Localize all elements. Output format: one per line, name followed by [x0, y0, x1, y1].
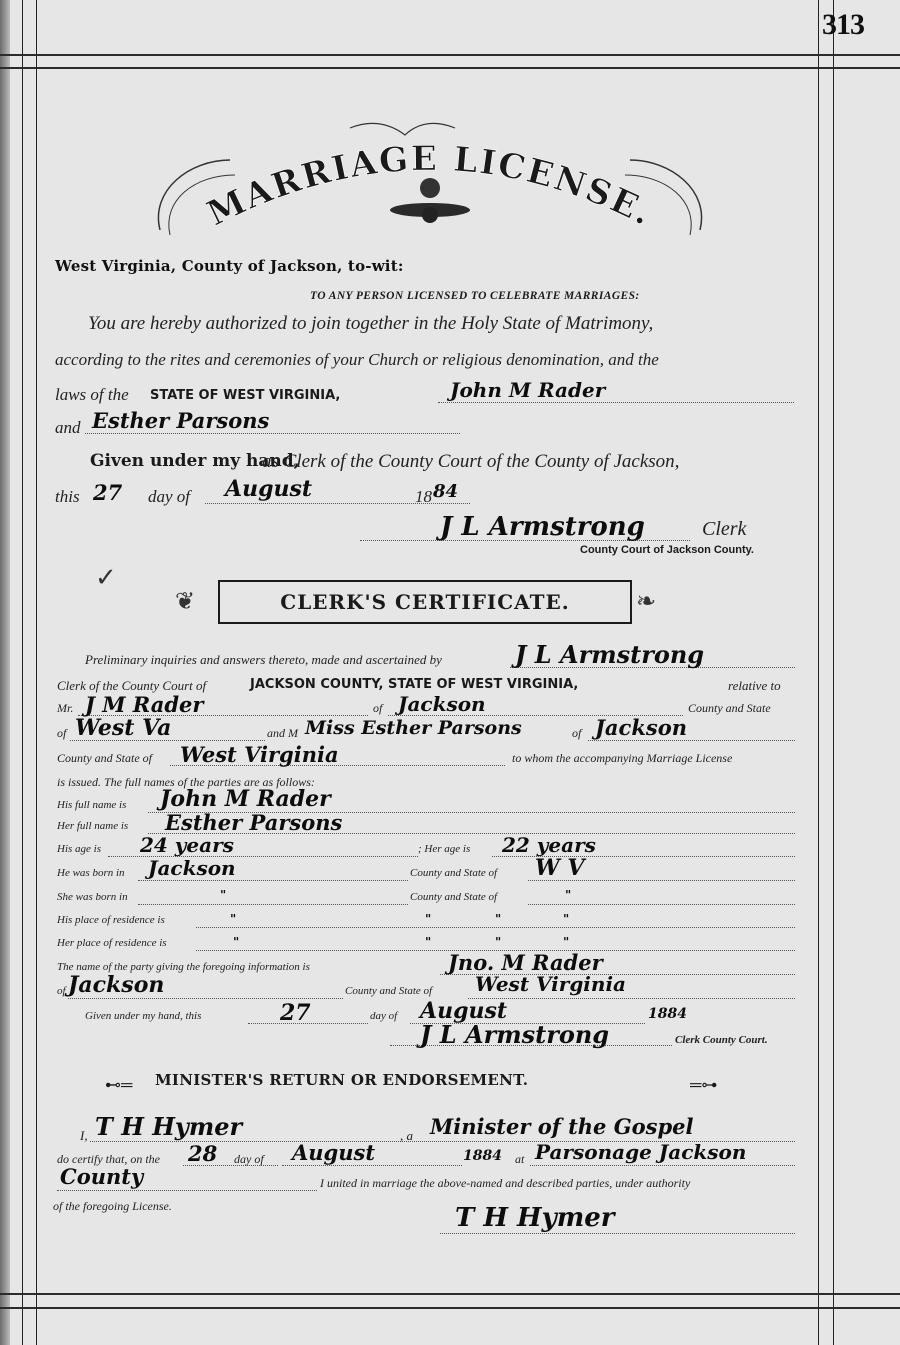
- clerk-sub-label: County Court of Jackson County.: [580, 544, 754, 556]
- min-place-line: [530, 1165, 795, 1166]
- page-number: 313: [822, 8, 864, 42]
- min-at-label: at: [515, 1152, 524, 1167]
- informant-state-line: [468, 998, 795, 999]
- county-state-label: County and State: [688, 701, 771, 716]
- minister-month: August: [292, 1140, 375, 1165]
- and-label: and: [55, 418, 81, 438]
- his-age: 24 years: [140, 833, 234, 857]
- min-month-line: [282, 1165, 462, 1166]
- minister-year: 1884: [463, 1148, 502, 1164]
- minister-i-label: I,: [80, 1128, 88, 1144]
- mr-county: Jackson: [398, 692, 486, 716]
- flourish-left-icon: ⊷═: [105, 1075, 132, 1095]
- united-text: I united in marriage the above-named and…: [320, 1176, 690, 1191]
- her-res-label: Her place of residence is: [57, 937, 167, 949]
- this-label: this: [55, 487, 80, 507]
- his-res-line: [196, 927, 795, 928]
- ministers-return-title: MINISTER'S RETURN OR ENDORSEMENT.: [155, 1071, 528, 1089]
- cert-signature: J L Armstrong: [420, 1020, 609, 1049]
- minister-place: Parsonage Jackson: [535, 1140, 746, 1164]
- flourish-right-icon: ═⊶: [690, 1075, 717, 1095]
- informant-county: Jackson: [68, 972, 164, 998]
- header-rule-1: [0, 54, 900, 56]
- her-age-label: ; Her age is: [418, 843, 470, 855]
- to-any-person: TO ANY PERSON LICENSED TO CELEBRATE MARR…: [310, 290, 640, 302]
- minister-a-label: , a: [400, 1128, 413, 1144]
- he-born-label: He was born in: [57, 867, 125, 879]
- license-line-2: according to the rites and ceremonies of…: [55, 350, 659, 370]
- and-miss-label: and M: [267, 726, 298, 741]
- she-cs: ": [565, 888, 571, 902]
- informant-county-line: [68, 998, 343, 999]
- margin-rule-right-inner: [818, 0, 819, 1345]
- min-day-of: day of: [234, 1152, 264, 1167]
- given-label: Given under my hand, this: [85, 1010, 201, 1022]
- county-state-of-label: County and State of: [57, 751, 152, 766]
- his-res-3: ": [495, 912, 501, 926]
- she-born-line: [138, 904, 408, 905]
- he-cs-label: County and State of: [410, 867, 497, 879]
- her-age: 22 years: [502, 833, 596, 857]
- miss-county: Jackson: [595, 715, 687, 740]
- prelim-name: J L Armstrong: [515, 640, 704, 669]
- clerk-label: Clerk: [702, 518, 746, 541]
- miss-county-line: [588, 740, 795, 741]
- groom-line: [438, 402, 794, 403]
- prelim-text: Preliminary inquiries and answers theret…: [85, 652, 442, 668]
- minister-place2: County: [60, 1164, 143, 1189]
- informant-cs-label: County and State of: [345, 985, 432, 997]
- his-res-2: ": [425, 912, 431, 926]
- his-res-label: His place of residence is: [57, 914, 165, 926]
- mr-of-label: of: [373, 701, 382, 716]
- state-heading: West Virginia, County of Jackson, to-wit…: [55, 257, 404, 275]
- minister-sig-line: [440, 1233, 795, 1234]
- minister-title: Minister of the Gospel: [430, 1114, 694, 1139]
- his-age-label: His age is: [57, 843, 101, 855]
- her-full-name-label: Her full name is: [57, 820, 128, 832]
- her-res-2: ": [425, 935, 431, 949]
- she-born-label: She was born in: [57, 891, 128, 903]
- minister-day: 28: [188, 1141, 217, 1166]
- miss-name: Miss Esther Parsons: [305, 717, 522, 739]
- mr-label: Mr.: [57, 701, 73, 716]
- laws-of-the: laws of the: [55, 385, 129, 405]
- clerks-certificate-box: CLERK'S CERTIFICATE.: [218, 580, 632, 624]
- given-day: 27: [280, 1000, 311, 1026]
- given-day-of: day of: [370, 1010, 397, 1022]
- she-cs-line: [528, 904, 795, 905]
- her-res-4: ": [563, 935, 569, 949]
- given-year: 1884: [648, 1006, 687, 1022]
- informant-state: West Virginia: [475, 972, 626, 996]
- footer-rule-2: [0, 1307, 900, 1309]
- miss-of-label: of: [572, 726, 581, 741]
- license-month: August: [225, 476, 312, 502]
- scroll-ornament-right-icon: ❧: [636, 587, 656, 616]
- her-res-1: ": [233, 935, 239, 949]
- she-cs-label: County and State of: [410, 891, 497, 903]
- he-born-line: [138, 880, 408, 881]
- of2-label: of: [57, 726, 66, 741]
- mr-state: West Va: [75, 715, 171, 741]
- clerks-certificate-title: CLERK'S CERTIFICATE.: [280, 590, 569, 614]
- min-place2-line: [57, 1190, 317, 1191]
- jackson-county-caps: JACKSON COUNTY, STATE OF WEST VIRGINIA,: [250, 677, 578, 692]
- informant-of: of: [57, 985, 66, 997]
- header-rule-2: [0, 67, 900, 69]
- minister-signature: T H Hymer: [455, 1203, 614, 1233]
- bride-line: [85, 433, 460, 434]
- his-res-1: ": [230, 912, 236, 926]
- relative-to: relative to: [728, 678, 781, 694]
- document-page: 313 MARRIAGE LICENSE. West Virginia, Cou…: [0, 0, 900, 1345]
- margin-rule-left-outer: [22, 0, 23, 1345]
- his-res-4: ": [563, 912, 569, 926]
- as-clerk-text: as Clerk of the County Court of the Coun…: [262, 451, 679, 473]
- his-full-name: John M Rader: [160, 786, 331, 812]
- marriage-license-title: MARRIAGE LICENSE.: [150, 120, 710, 250]
- margin-rule-left-inner: [36, 0, 37, 1345]
- checkmark-icon: ✓: [95, 563, 117, 593]
- groom-name: John M Rader: [450, 378, 605, 402]
- cherub-ornament-icon: [390, 178, 470, 223]
- year-prefix: 18: [415, 487, 432, 507]
- mr-name: J M Rader: [85, 692, 203, 717]
- clerk-signature: J L Armstrong: [440, 512, 645, 542]
- page-edge: [0, 0, 10, 1345]
- her-res-3: ": [495, 935, 501, 949]
- to-whom-text: to whom the accompanying Marriage Licens…: [512, 751, 732, 766]
- cert-sig-label: Clerk County Court.: [675, 1034, 768, 1046]
- state-caps: STATE OF WEST VIRGINIA,: [150, 388, 340, 403]
- foregoing-text: of the foregoing License.: [53, 1199, 172, 1214]
- scroll-ornament-left-icon: ❦: [175, 587, 195, 616]
- footer-rule-1: [0, 1293, 900, 1295]
- year-suffix: 84: [433, 481, 458, 502]
- minister-name: T H Hymer: [95, 1112, 242, 1141]
- her-full-name: Esther Parsons: [165, 810, 342, 835]
- margin-rule-right-outer: [833, 0, 834, 1345]
- day-of-label: day of: [148, 487, 190, 507]
- bride-name: Esther Parsons: [92, 408, 269, 433]
- miss-state: West Virginia: [180, 742, 339, 767]
- he-born: Jackson: [148, 856, 236, 880]
- she-born: ": [220, 888, 226, 902]
- he-cs: W V: [535, 855, 584, 881]
- license-day: 27: [93, 480, 122, 505]
- license-line-1: You are hereby authorized to join togeth…: [88, 313, 653, 335]
- his-full-name-label: His full name is: [57, 799, 126, 811]
